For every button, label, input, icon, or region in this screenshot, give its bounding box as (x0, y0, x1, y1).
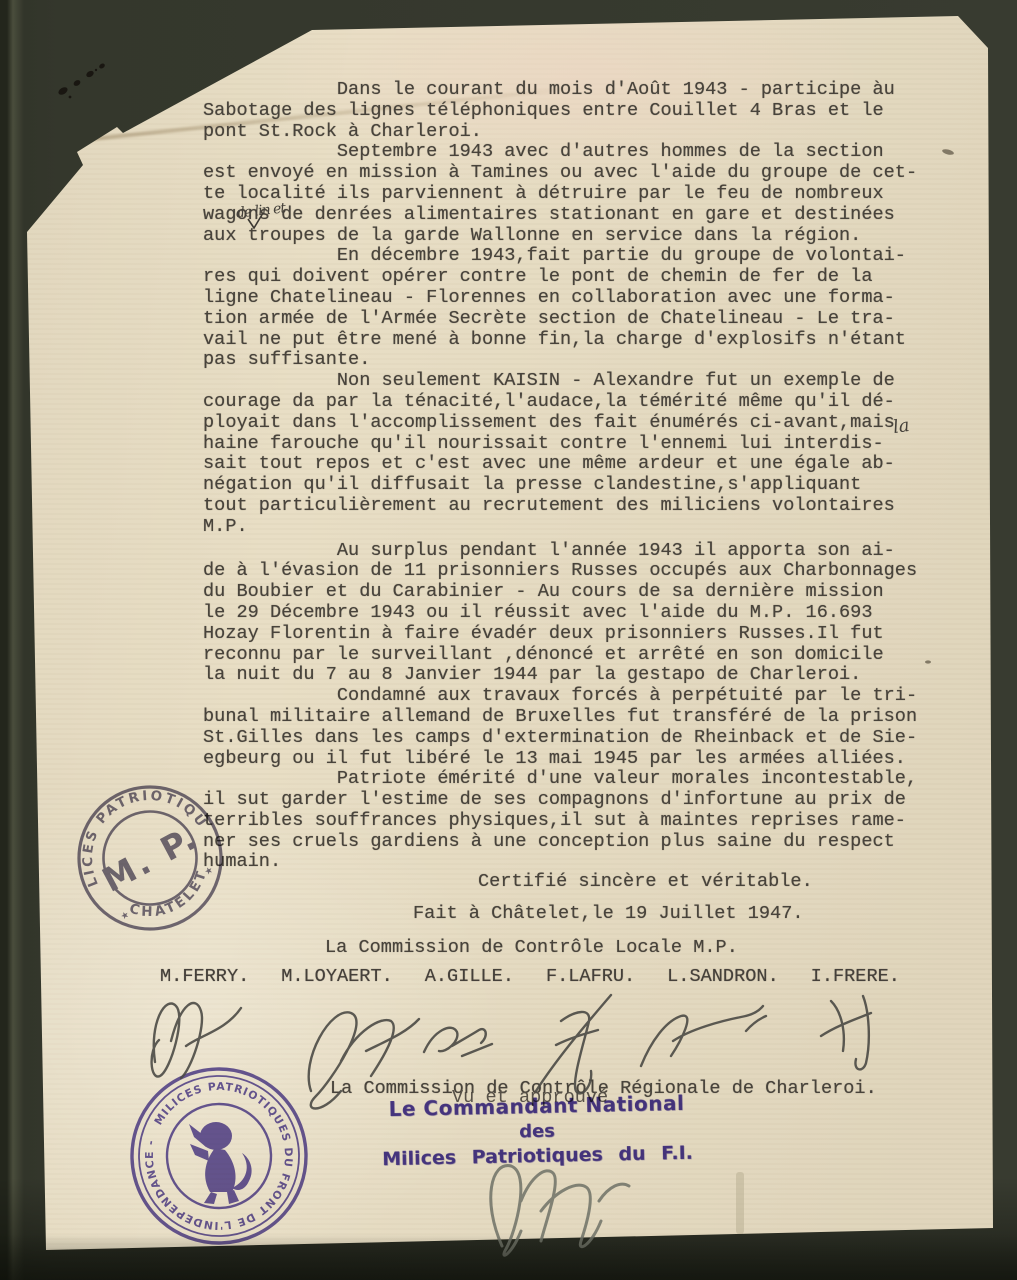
place-date-line: Fait à Châtelet,le 19 Juillet 1947. (413, 903, 804, 924)
paragraph-patriote: Patriote émérité d'une valeur morales in… (203, 769, 963, 873)
commission-locale-line: La Commission de Contrôle Locale M.P. (325, 937, 738, 958)
paragraph-condamnation: Condamné aux travaux forcés à perpétuité… (203, 686, 963, 769)
ink-marks-top-left (57, 63, 106, 99)
certified-line: Certifié sincère et véritable. (478, 871, 813, 892)
scanned-page-scene: Dans le courant du mois d'Août 1943 - pa… (0, 0, 1017, 1280)
signatory-name: M.LOYAERT. (281, 966, 393, 987)
signatory-name: M.FERRY. (160, 966, 249, 987)
signatories-row: M.FERRY. M.LOYAERT. A.GILLE. F.LAFRU. L.… (160, 966, 900, 987)
signatory-name: F.LAFRU. (546, 966, 635, 987)
commandant-national-stamp: Le Commandant National des Milices Patri… (371, 1091, 702, 1171)
signatory-name: L.SANDRON. (667, 966, 779, 987)
paragraph-evasions: Au surplus pendant l'année 1943 il appor… (203, 541, 963, 687)
paragraph-aout-1943: Dans le courant du mois d'Août 1943 - pa… (203, 80, 963, 142)
signatory-name: I.FRERE. (811, 966, 900, 987)
stamp-text-line: Milices Patriotiques du F.I. (372, 1142, 702, 1171)
paragraph-septembre-1943: Septembre 1943 avec d'autres hommes de l… (203, 142, 963, 246)
paragraph-kaisin-courage: Non seulement KAISIN - Alexandre fut un … (203, 371, 963, 537)
stamp-text-line: des (372, 1118, 702, 1146)
paragraph-decembre-1943: En décembre 1943,fait partie du groupe d… (203, 246, 963, 371)
handwritten-margin-word: la (892, 415, 911, 438)
typed-body: Dans le courant du mois d'Août 1943 - pa… (203, 80, 963, 873)
signatory-name: A.GILLE. (425, 966, 514, 987)
document-page: Dans le courant du mois d'Août 1943 - pa… (0, 0, 1017, 1280)
